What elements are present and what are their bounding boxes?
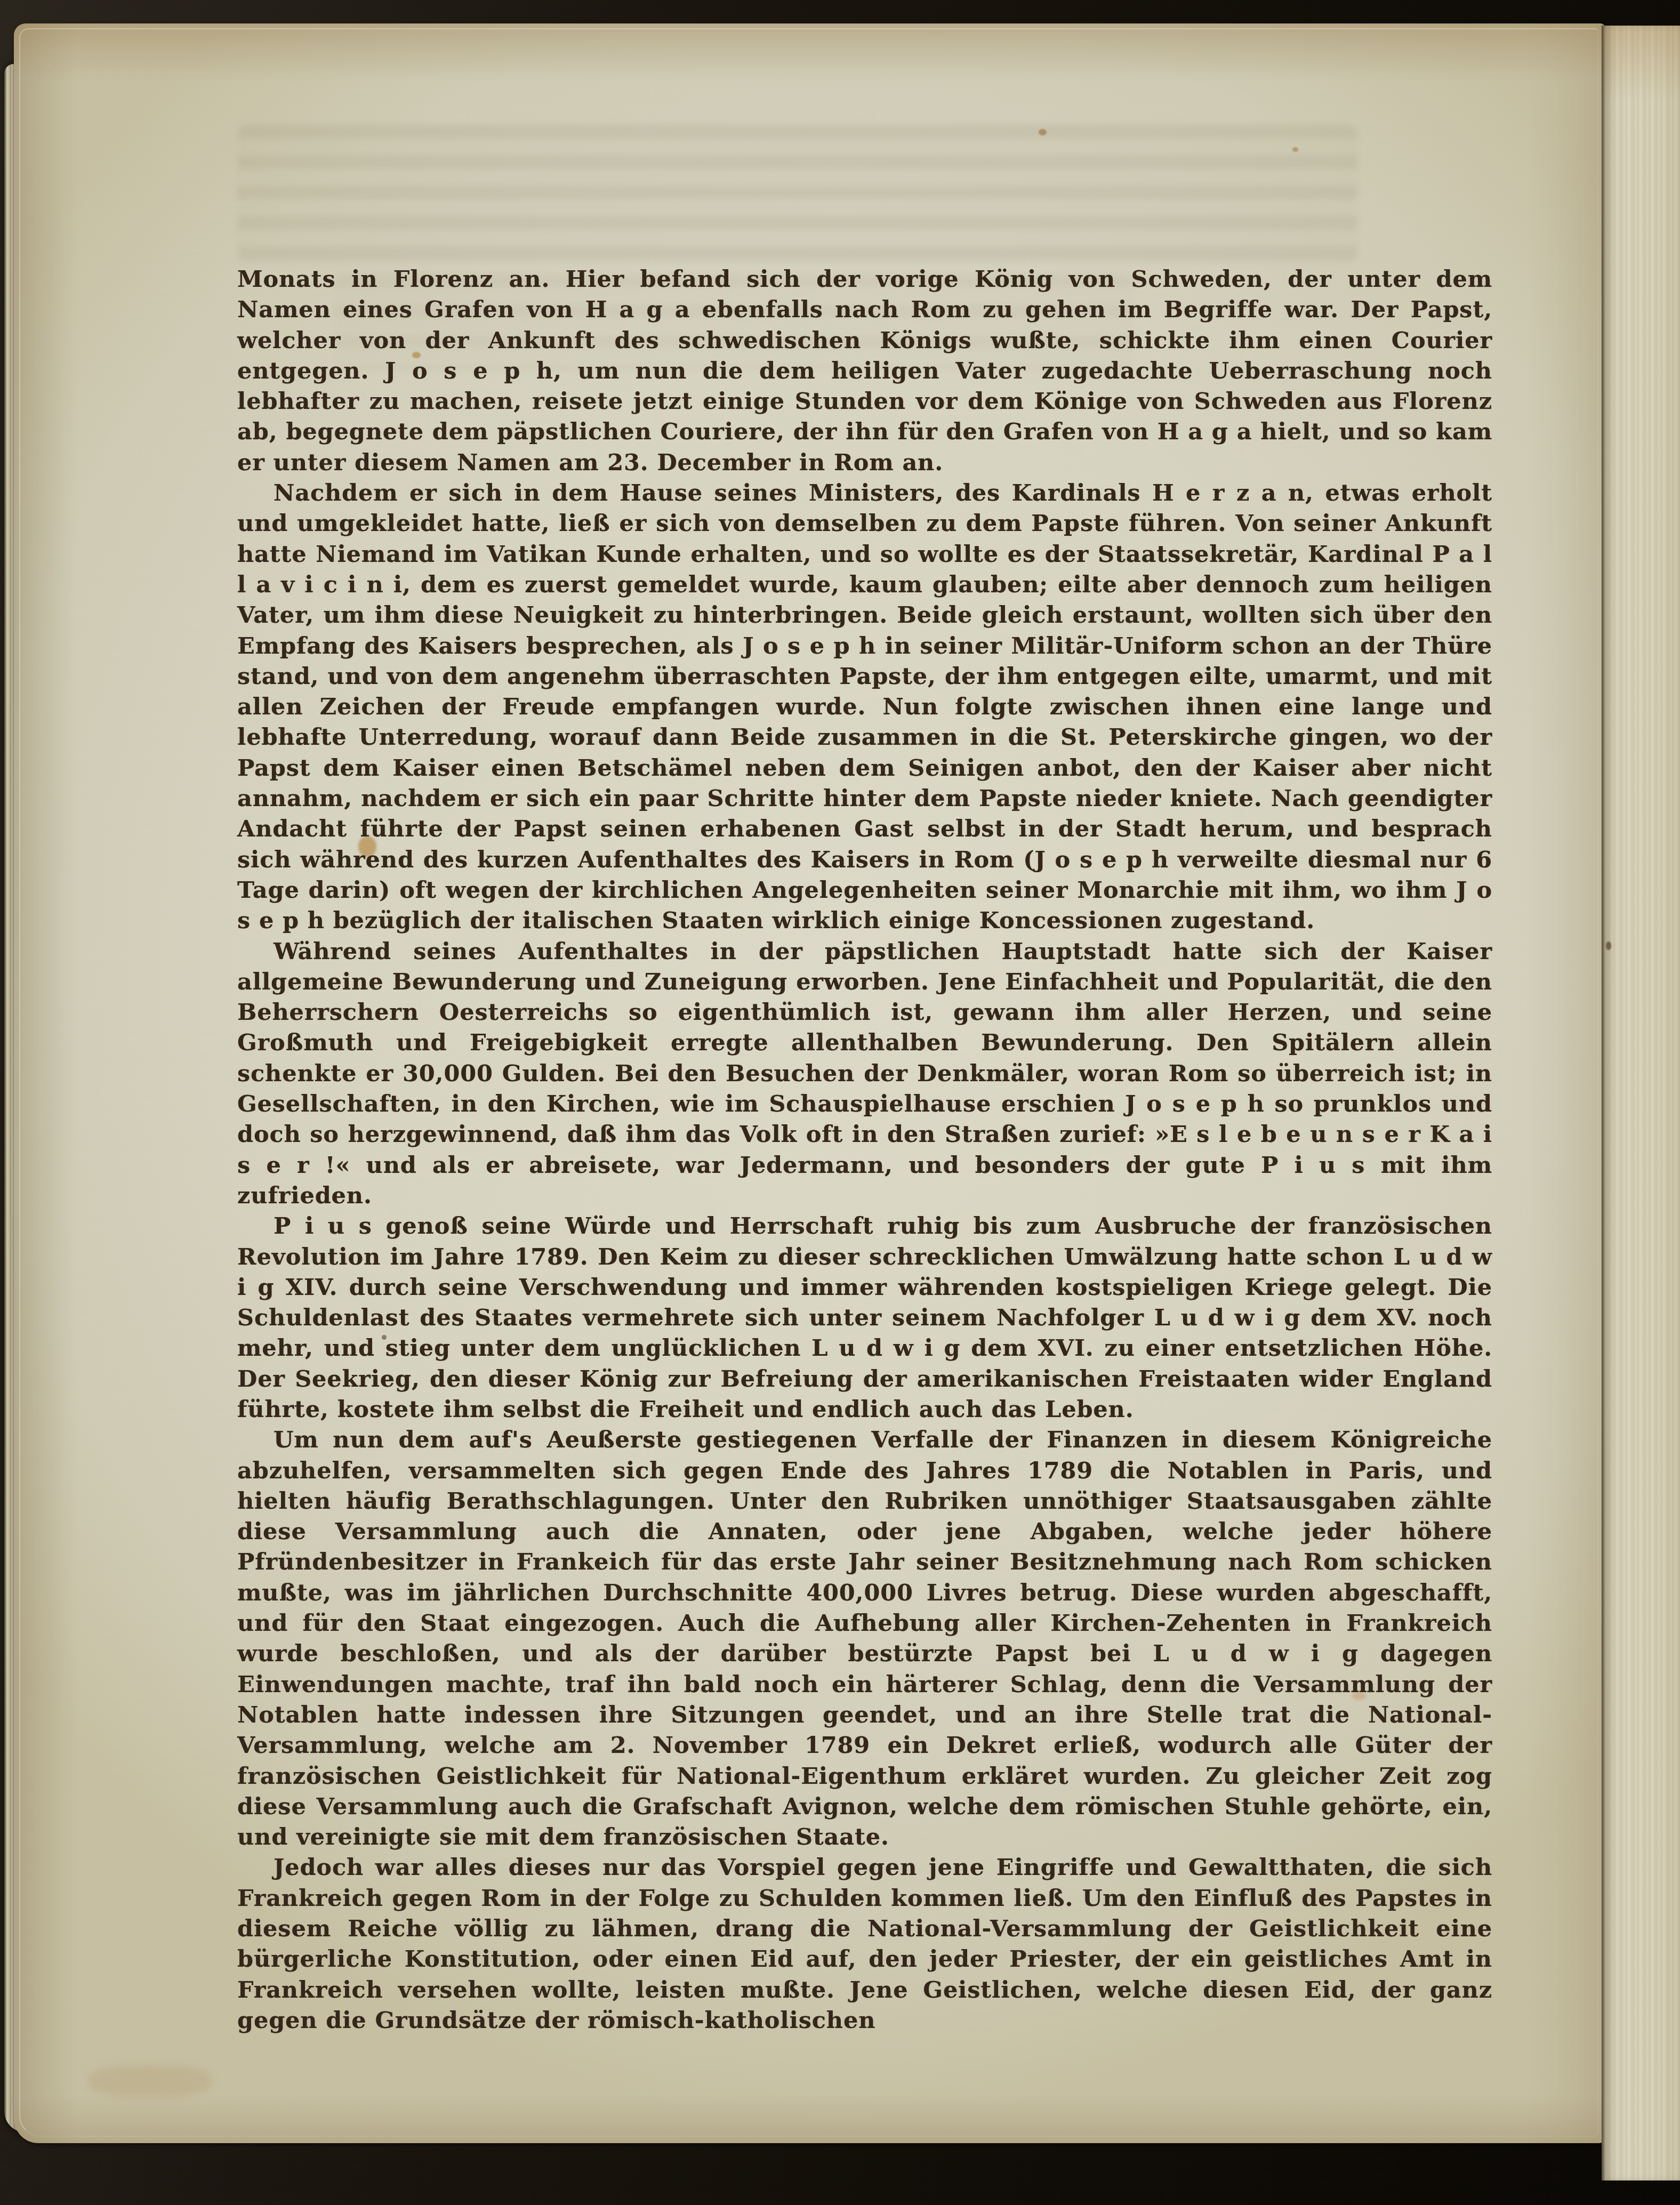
age-spot — [89, 2065, 211, 2097]
paragraph: P i u s genoß seine Würde und Herrschaft… — [237, 1211, 1492, 1425]
paragraph: Monats in Florenz an. Hier befand sich d… — [237, 264, 1492, 478]
paragraph: Während seines Aufenthaltes in der päpst… — [237, 937, 1492, 1212]
fore-edge-pages — [1602, 26, 1680, 2180]
age-spot — [1039, 129, 1047, 135]
paragraph: Jedoch war alles dieses nur das Vorspiel… — [237, 1853, 1492, 2036]
age-spot — [1292, 147, 1298, 152]
book-scan: { "document": { "language": "German (Fra… — [0, 0, 1680, 2205]
page-crease — [1602, 26, 1605, 2180]
paragraph: Um nun dem auf's Aeußerste gestiegenen V… — [237, 1425, 1492, 1853]
page-text-block: Monats in Florenz an. Hier befand sich d… — [237, 264, 1492, 2036]
paragraph: Nachdem er sich in dem Hause seines Mini… — [237, 478, 1492, 936]
ink-bleedthrough — [238, 125, 1357, 263]
age-spot — [1606, 941, 1611, 950]
book-page: Monats in Florenz an. Hier befand sich d… — [14, 23, 1605, 2143]
